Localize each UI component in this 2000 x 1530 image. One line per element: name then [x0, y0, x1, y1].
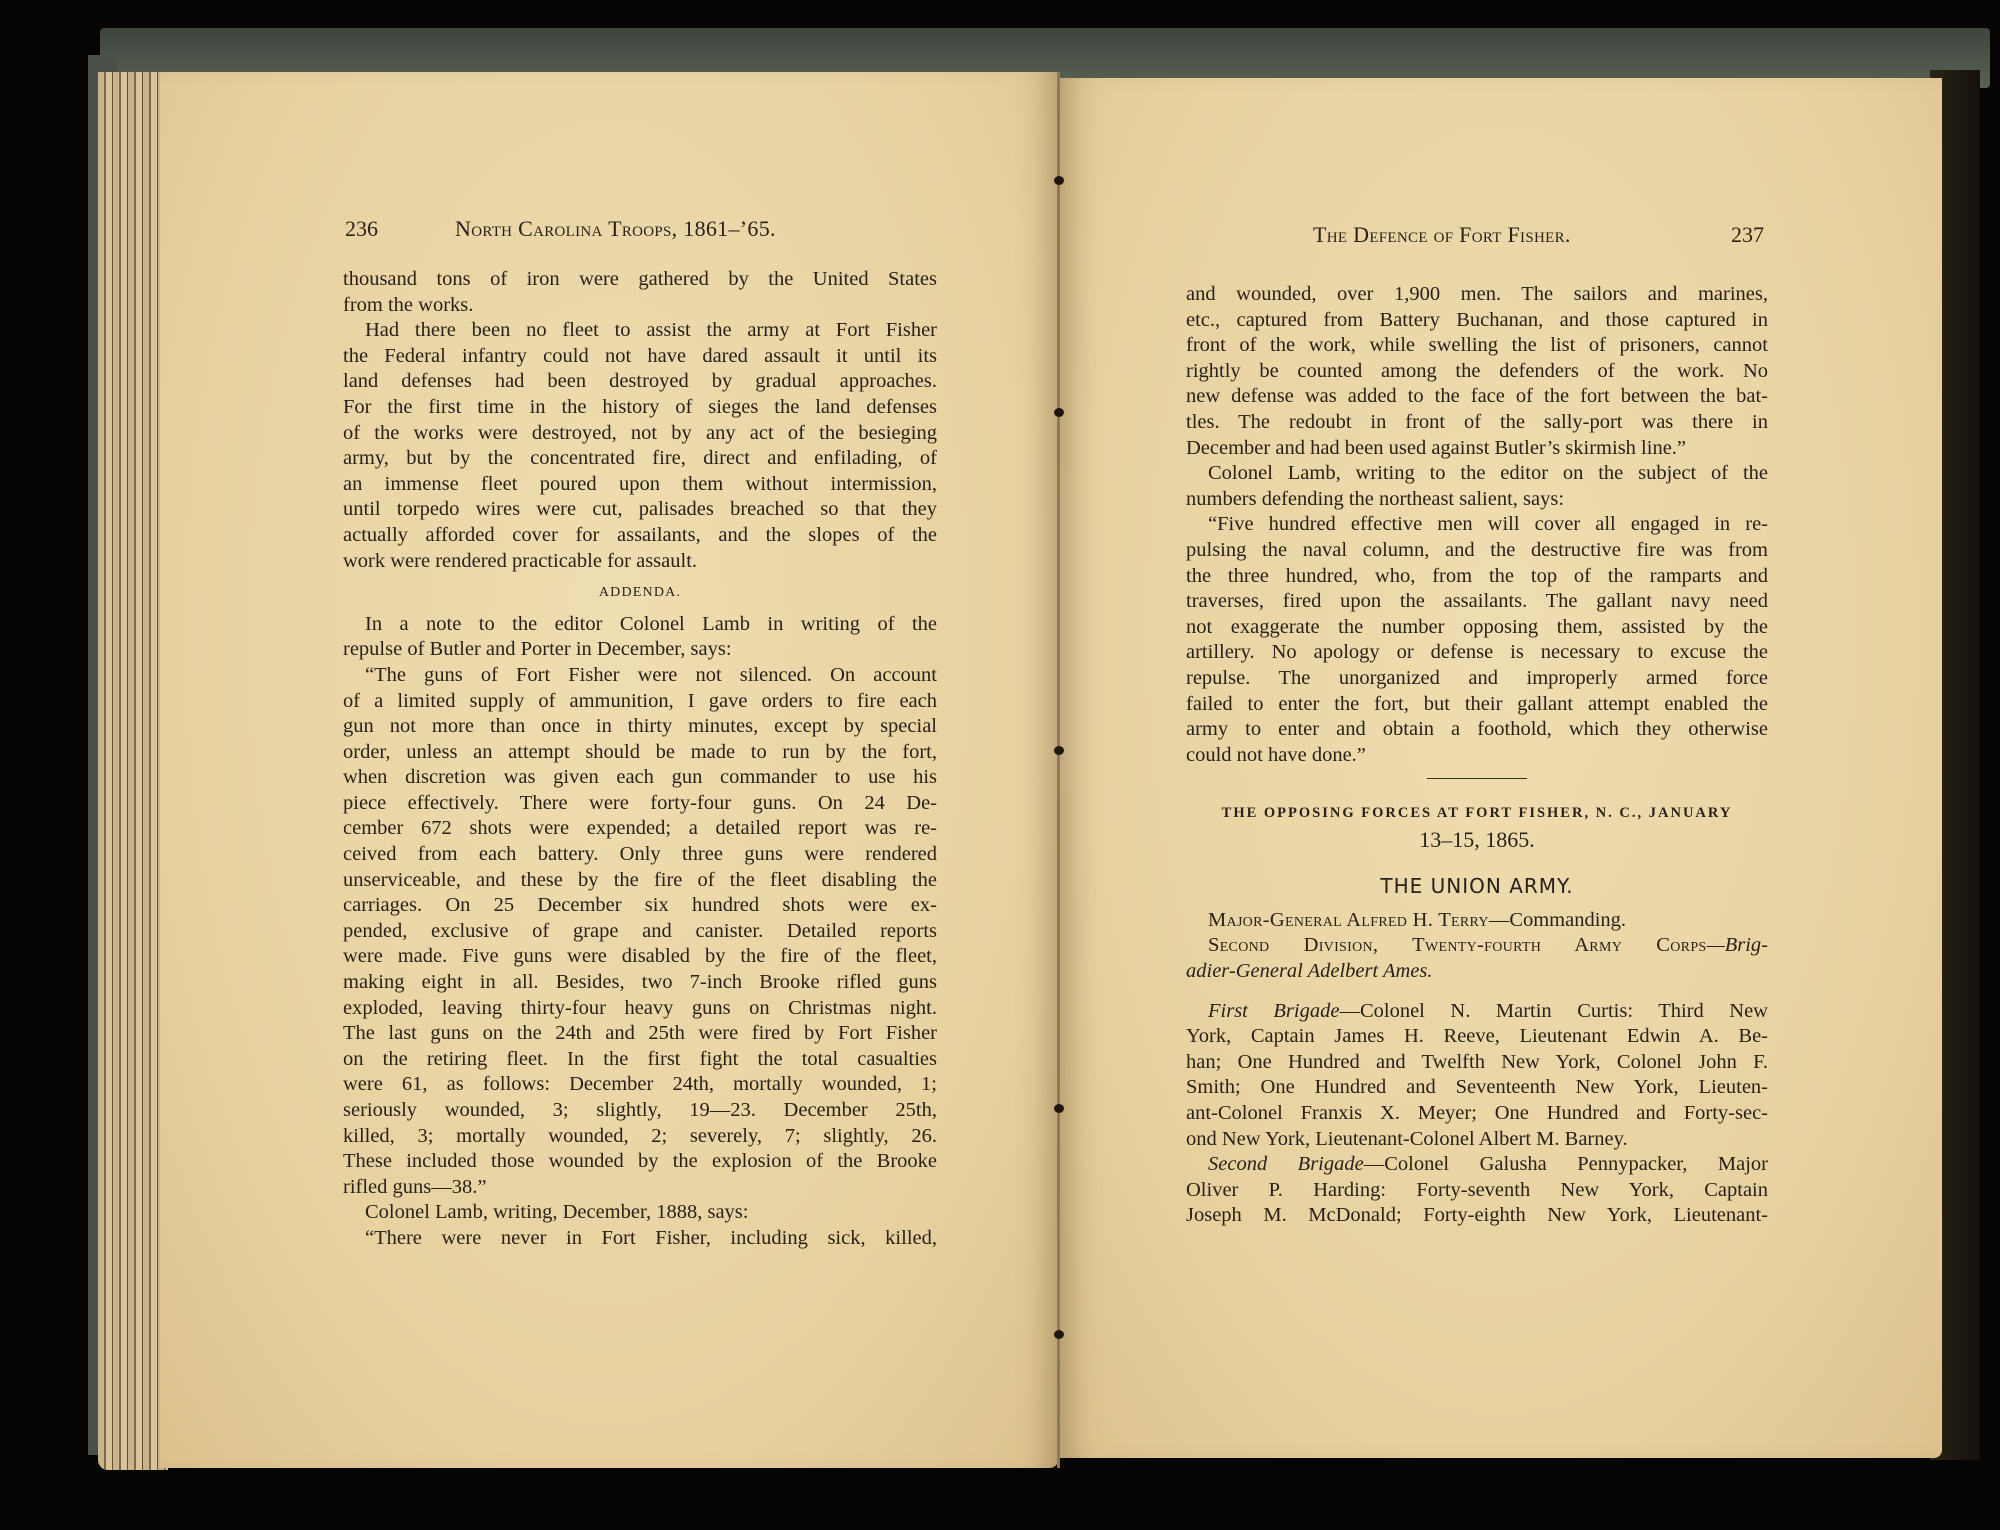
- division-commander-cont: adier-General Adelbert Ames.: [1186, 960, 1433, 982]
- division-line: Second Division, Twenty-fourth Army Corp…: [1186, 933, 1768, 959]
- gutter: [1057, 72, 1060, 1468]
- text-line: pended, exclusive of grape and canister.…: [343, 919, 937, 945]
- section-title-dates: 13–15, 1865.: [1186, 827, 1768, 853]
- text-line: York, Captain James H. Reeve, Lieutenant…: [1186, 1024, 1768, 1050]
- text-line: Oliver P. Harding: Forty-seventh New Yor…: [1186, 1178, 1768, 1204]
- text-line: ant-Colonel Franxis X. Meyer; One Hundre…: [1186, 1101, 1768, 1127]
- text-line: could not have done.”: [1186, 743, 1768, 769]
- text-line: repulse. The unorganized and improperly …: [1186, 666, 1768, 692]
- left-running-head: North Carolina Troops, 1861–’65.: [455, 216, 776, 242]
- text-line: from the works.: [343, 293, 937, 319]
- text-line: December and had been used against Butle…: [1186, 436, 1768, 462]
- text-line: For the first time in the history of sie…: [343, 395, 937, 421]
- text-line: when discretion was given each gun comma…: [343, 765, 937, 791]
- right-page-body: and wounded, over 1,900 men. The sailors…: [1186, 282, 1768, 768]
- section-rule: [1427, 778, 1527, 779]
- text-line: cember 672 shots were expended; a detail…: [343, 816, 937, 842]
- text-line: artillery. No apology or defense is nece…: [1186, 640, 1768, 666]
- text-line: ADDENDA.: [343, 580, 937, 606]
- text-line: “Five hundred effective men will cover a…: [1186, 512, 1768, 538]
- brigade-text: ant-Colonel Franxis X. Meyer; One Hundre…: [1186, 1102, 1768, 1124]
- text-line: ond New York, Lieutenant-Colonel Albert …: [1186, 1127, 1768, 1153]
- text-line: piece effectively. There were forty-four…: [343, 791, 937, 817]
- text-line: army, but by the concentrated fire, dire…: [343, 446, 937, 472]
- text-line: new defense was added to the face of the…: [1186, 384, 1768, 410]
- text-line: front of the work, while swelling the li…: [1186, 333, 1768, 359]
- text-line: of the works were destroyed, not by any …: [343, 421, 937, 447]
- brigade-text: Joseph M. McDonald; Forty-eighth New Yor…: [1186, 1204, 1768, 1226]
- text-line: failed to enter the fort, but their gall…: [1186, 692, 1768, 718]
- text-line: rightly be counted among the defenders o…: [1186, 359, 1768, 385]
- brigade-text: ond New York, Lieutenant-Colonel Albert …: [1186, 1128, 1628, 1150]
- binding-hole: [1054, 746, 1064, 755]
- right-page-number: 237: [1731, 222, 1764, 248]
- right-page-section: THE OPPOSING FORCES AT FORT FISHER, N. C…: [1186, 778, 1768, 1229]
- text-line: of a limited supply of ammunition, I gav…: [343, 689, 937, 715]
- text-line: Colonel Lamb, writing, December, 1888, s…: [343, 1200, 937, 1226]
- page-edges-stack: [98, 72, 168, 1470]
- text-line: until torpedo wires were cut, palisades …: [343, 497, 937, 523]
- brigade-line: Second Brigade—Colonel Galusha Pennypack…: [1186, 1152, 1768, 1178]
- text-line: carriages. On 25 December six hundred sh…: [343, 893, 937, 919]
- text-line: an immense fleet poured upon them withou…: [343, 472, 937, 498]
- commander-line: Major-General Alfred H. Terry—Commanding…: [1186, 908, 1768, 934]
- army-heading: THE UNION ARMY.: [1186, 874, 1768, 900]
- section-title: THE OPPOSING FORCES AT FORT FISHER, N. C…: [1186, 801, 1768, 827]
- text-line: seriously wounded, 3; slightly, 19—23. D…: [343, 1098, 937, 1124]
- text-line: ceived from each battery. Only three gun…: [343, 842, 937, 868]
- text-line: Had there been no fleet to assist the ar…: [343, 318, 937, 344]
- binding-hole: [1054, 1330, 1064, 1339]
- brigade-label: First Brigade: [1208, 1000, 1339, 1022]
- text-line: These included those wounded by the expl…: [343, 1149, 937, 1175]
- division-name: Second Division, Twenty-fourth Army Corp…: [1208, 934, 1707, 956]
- text-line: han; One Hundred and Twelfth New York, C…: [1186, 1050, 1768, 1076]
- text-line: In a note to the editor Colonel Lamb in …: [343, 612, 937, 638]
- binding-hole: [1054, 408, 1064, 417]
- text-line: the Federal infantry could not have dare…: [343, 344, 937, 370]
- division-line-2: adier-General Adelbert Ames.: [1186, 959, 1768, 985]
- brigade-label: Second Brigade: [1208, 1153, 1364, 1175]
- text-line: army to enter and obtain a foothold, whi…: [1186, 717, 1768, 743]
- division-commander: —Brig-: [1707, 934, 1769, 956]
- left-page-number: 236: [345, 216, 378, 242]
- commander-role: —Commanding.: [1489, 909, 1626, 931]
- brigades: First Brigade—Colonel N. Martin Curtis: …: [1186, 999, 1768, 1229]
- text-line: etc., captured from Battery Buchanan, an…: [1186, 308, 1768, 334]
- text-line: pulsing the naval column, and the destru…: [1186, 538, 1768, 564]
- text-line: were made. Five guns were disabled by th…: [343, 944, 937, 970]
- commander-name: Major-General Alfred H. Terry: [1208, 909, 1489, 931]
- text-line: making eight in all. Besides, two 7-inch…: [343, 970, 937, 996]
- text-line: The last guns on the 24th and 25th were …: [343, 1021, 937, 1047]
- text-line: on the retiring fleet. In the first figh…: [343, 1047, 937, 1073]
- text-line: exploded, leaving thirty-four heavy guns…: [343, 996, 937, 1022]
- text-line: not exaggerate the number opposing them,…: [1186, 615, 1768, 641]
- binding-hole: [1054, 1104, 1064, 1113]
- binding-hole: [1054, 176, 1064, 185]
- brigade-line: First Brigade—Colonel N. Martin Curtis: …: [1186, 999, 1768, 1025]
- text-line: Joseph M. McDonald; Forty-eighth New Yor…: [1186, 1203, 1768, 1229]
- brigade-text: han; One Hundred and Twelfth New York, C…: [1186, 1051, 1768, 1073]
- text-line: work were rendered practicable for assau…: [343, 549, 937, 575]
- text-line: order, unless an attempt should be made …: [343, 740, 937, 766]
- left-page-body: thousand tons of iron were gathered by t…: [343, 267, 937, 1252]
- text-line: actually afforded cover for assailants, …: [343, 523, 937, 549]
- text-line: the three hundred, who, from the top of …: [1186, 564, 1768, 590]
- text-line: and wounded, over 1,900 men. The sailors…: [1186, 282, 1768, 308]
- text-line: killed, 3; mortally wounded, 2; severely…: [343, 1124, 937, 1150]
- text-line: “There were never in Fort Fisher, includ…: [343, 1226, 937, 1252]
- text-line: land defenses had been destroyed by grad…: [343, 369, 937, 395]
- text-line: unserviceable, and these by the fire of …: [343, 868, 937, 894]
- text-line: “The guns of Fort Fisher were not silenc…: [343, 663, 937, 689]
- brigade-text: York, Captain James H. Reeve, Lieutenant…: [1186, 1025, 1768, 1047]
- text-line: Smith; One Hundred and Seventeenth New Y…: [1186, 1075, 1768, 1101]
- text-line: Colonel Lamb, writing to the editor on t…: [1186, 461, 1768, 487]
- text-line: gun not more than once in thirty minutes…: [343, 714, 937, 740]
- brigade-text: Smith; One Hundred and Seventeenth New Y…: [1186, 1076, 1768, 1098]
- text-line: tles. The redoubt in front of the sally-…: [1186, 410, 1768, 436]
- brigade-text: —Colonel N. Martin Curtis: Third New: [1339, 1000, 1768, 1022]
- text-line: were 61, as follows: December 24th, mort…: [343, 1072, 937, 1098]
- brigade-text: —Colonel Galusha Pennypacker, Major: [1364, 1153, 1768, 1175]
- text-line: thousand tons of iron were gathered by t…: [343, 267, 937, 293]
- brigade-text: Oliver P. Harding: Forty-seventh New Yor…: [1186, 1179, 1768, 1201]
- text-line: repulse of Butler and Porter in December…: [343, 637, 937, 663]
- text-line: rifled guns—38.”: [343, 1175, 937, 1201]
- text-line: traverses, fired upon the assailants. Th…: [1186, 589, 1768, 615]
- text-line: numbers defending the northeast salient,…: [1186, 487, 1768, 513]
- right-running-head: The Defence of Fort Fisher.: [1313, 222, 1571, 248]
